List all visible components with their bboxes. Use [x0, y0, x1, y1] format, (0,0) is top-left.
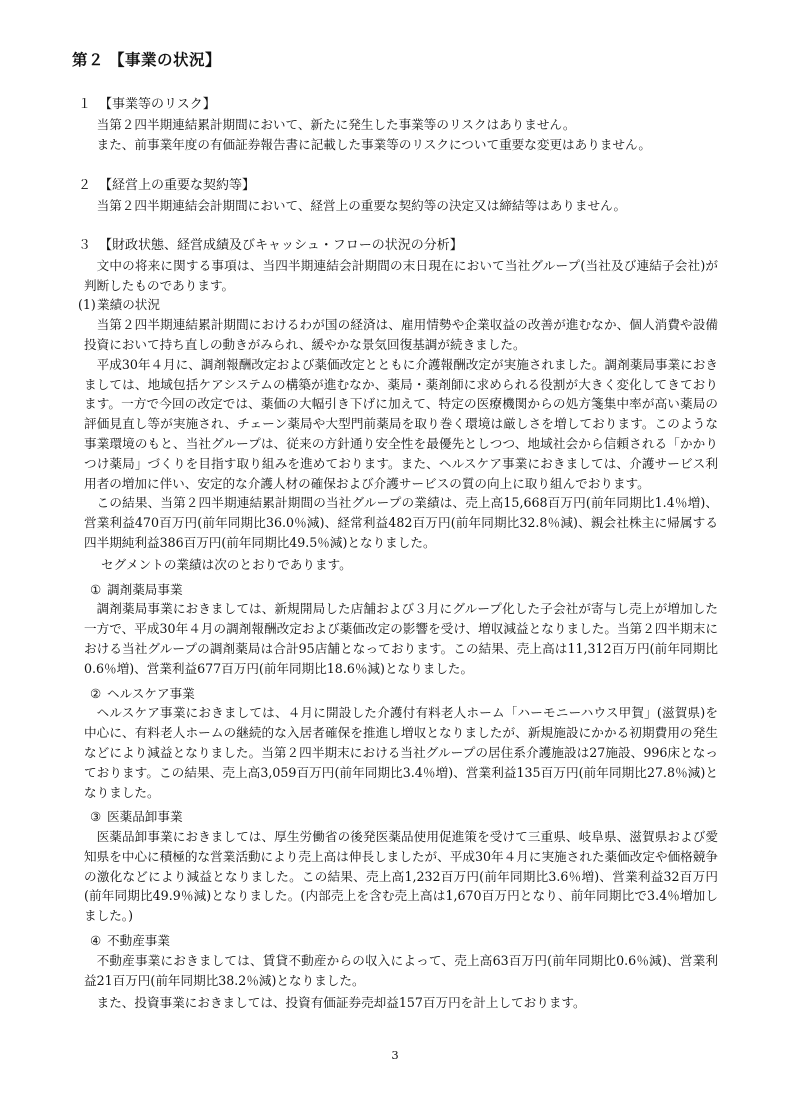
segment-heading-healthcare: ②ヘルスケア事業 — [90, 684, 718, 704]
chapter-title: 【事業の状況】 — [109, 51, 221, 69]
section-heading: ３【財政状態、経営成績及びキャッシュ・フローの状況の分析】 — [78, 236, 718, 256]
segment-title: 調剤薬局事業 — [107, 582, 183, 597]
page-number: 3 — [0, 1046, 790, 1066]
section-financial-analysis: ３【財政状態、経営成績及びキャッシュ・フローの状況の分析】 文中の将来に関する事… — [72, 236, 718, 1013]
section-title: 【財政状態、経営成績及びキャッシュ・フローの状況の分析】 — [99, 238, 463, 253]
section-number: ３ — [78, 236, 99, 256]
section-body: 当第２四半期連結累計期間において、新たに発生した事業等のリスクはありません。 ま… — [84, 115, 718, 155]
segment-heading-realestate: ④不動産事業 — [90, 931, 718, 951]
segment-paragraph: ヘルスケア事業におきましては、４月に開設した介護付有料老人ホーム「ハーモニーハウ… — [84, 703, 718, 802]
segment-title: 医薬品卸事業 — [107, 809, 183, 824]
subsection-number: (1) — [78, 295, 97, 315]
document-page: 第２【事業の状況】 １【事業等のリスク】 当第２四半期連結累計期間において、新た… — [0, 0, 790, 1118]
segment-paragraph: 不動産事業におきましては、賃貸不動産からの収入によって、売上高63百万円(前年同… — [84, 951, 718, 991]
paragraph: 平成30年４月に、調剤報酬改定および薬価改定とともに介護報酬改定が実施されました… — [84, 355, 718, 494]
section-heading: １【事業等のリスク】 — [78, 95, 718, 115]
section-body: 文中の将来に関する事項は、当四半期連結会計期間の末日現在において当社グループ(当… — [84, 256, 718, 1013]
segment-title: ヘルスケア事業 — [107, 686, 195, 701]
segment-paragraph: 調剤薬局事業におきましては、新規開局した店舗および３月にグループ化した子会社が寄… — [84, 599, 718, 678]
chapter-heading: 第２【事業の状況】 — [72, 50, 718, 70]
segment-number-icon: ③ — [90, 807, 107, 827]
section-heading: ２【経営上の重要な契約等】 — [78, 176, 718, 196]
paragraph: この結果、当第２四半期連結累計期間の当社グループの業績は、売上高15,668百万… — [84, 493, 718, 552]
section-number: １ — [78, 95, 99, 115]
paragraph: 当第２四半期連結累計期間において、新たに発生した事業等のリスクはありません。 — [84, 115, 718, 135]
section-body: 当第２四半期連結会計期間において、経営上の重要な契約等の決定又は締結等はありませ… — [84, 196, 718, 216]
section-number: ２ — [78, 176, 99, 196]
subsection-title: 業績の状況 — [97, 297, 160, 312]
segment-paragraph: 医薬品卸事業におきましては、厚生労働省の後発医薬品使用促進策を受けて三重県、岐阜… — [84, 827, 718, 926]
section-title: 【事業等のリスク】 — [99, 97, 216, 112]
subsection-label: (1)業績の状況 — [78, 295, 718, 315]
section-material-contracts: ２【経営上の重要な契約等】 当第２四半期連結会計期間において、経営上の重要な契約… — [72, 176, 718, 216]
segment-title: 不動産事業 — [107, 933, 170, 948]
segment-note: セグメントの業績は次のとおりであります。 — [84, 555, 718, 575]
page-content: 第２【事業の状況】 １【事業等のリスク】 当第２四半期連結累計期間において、新た… — [72, 50, 718, 1013]
closing-paragraph: また、投資事業におきましては、投資有価証券売却益157百万円を計上しております。 — [84, 993, 718, 1013]
segment-number-icon: ② — [90, 684, 107, 704]
section-business-risks: １【事業等のリスク】 当第２四半期連結累計期間において、新たに発生した事業等のリ… — [72, 95, 718, 154]
paragraph: 当第２四半期連結累計期間におけるわが国の経済は、雇用情勢や企業収益の改善が進むな… — [84, 315, 718, 355]
chapter-number: 第２ — [72, 51, 104, 69]
segment-number-icon: ④ — [90, 931, 107, 951]
segment-number-icon: ① — [90, 580, 107, 600]
paragraph: 文中の将来に関する事項は、当四半期連結会計期間の末日現在において当社グループ(当… — [84, 256, 718, 296]
segment-heading-pharmacy: ①調剤薬局事業 — [90, 580, 718, 600]
paragraph: 当第２四半期連結会計期間において、経営上の重要な契約等の決定又は締結等はありませ… — [84, 196, 718, 216]
segment-heading-wholesale: ③医薬品卸事業 — [90, 807, 718, 827]
section-title: 【経営上の重要な契約等】 — [99, 178, 255, 193]
paragraph: また、前事業年度の有価証券報告書に記載した事業等のリスクについて重要な変更はあり… — [84, 135, 718, 155]
